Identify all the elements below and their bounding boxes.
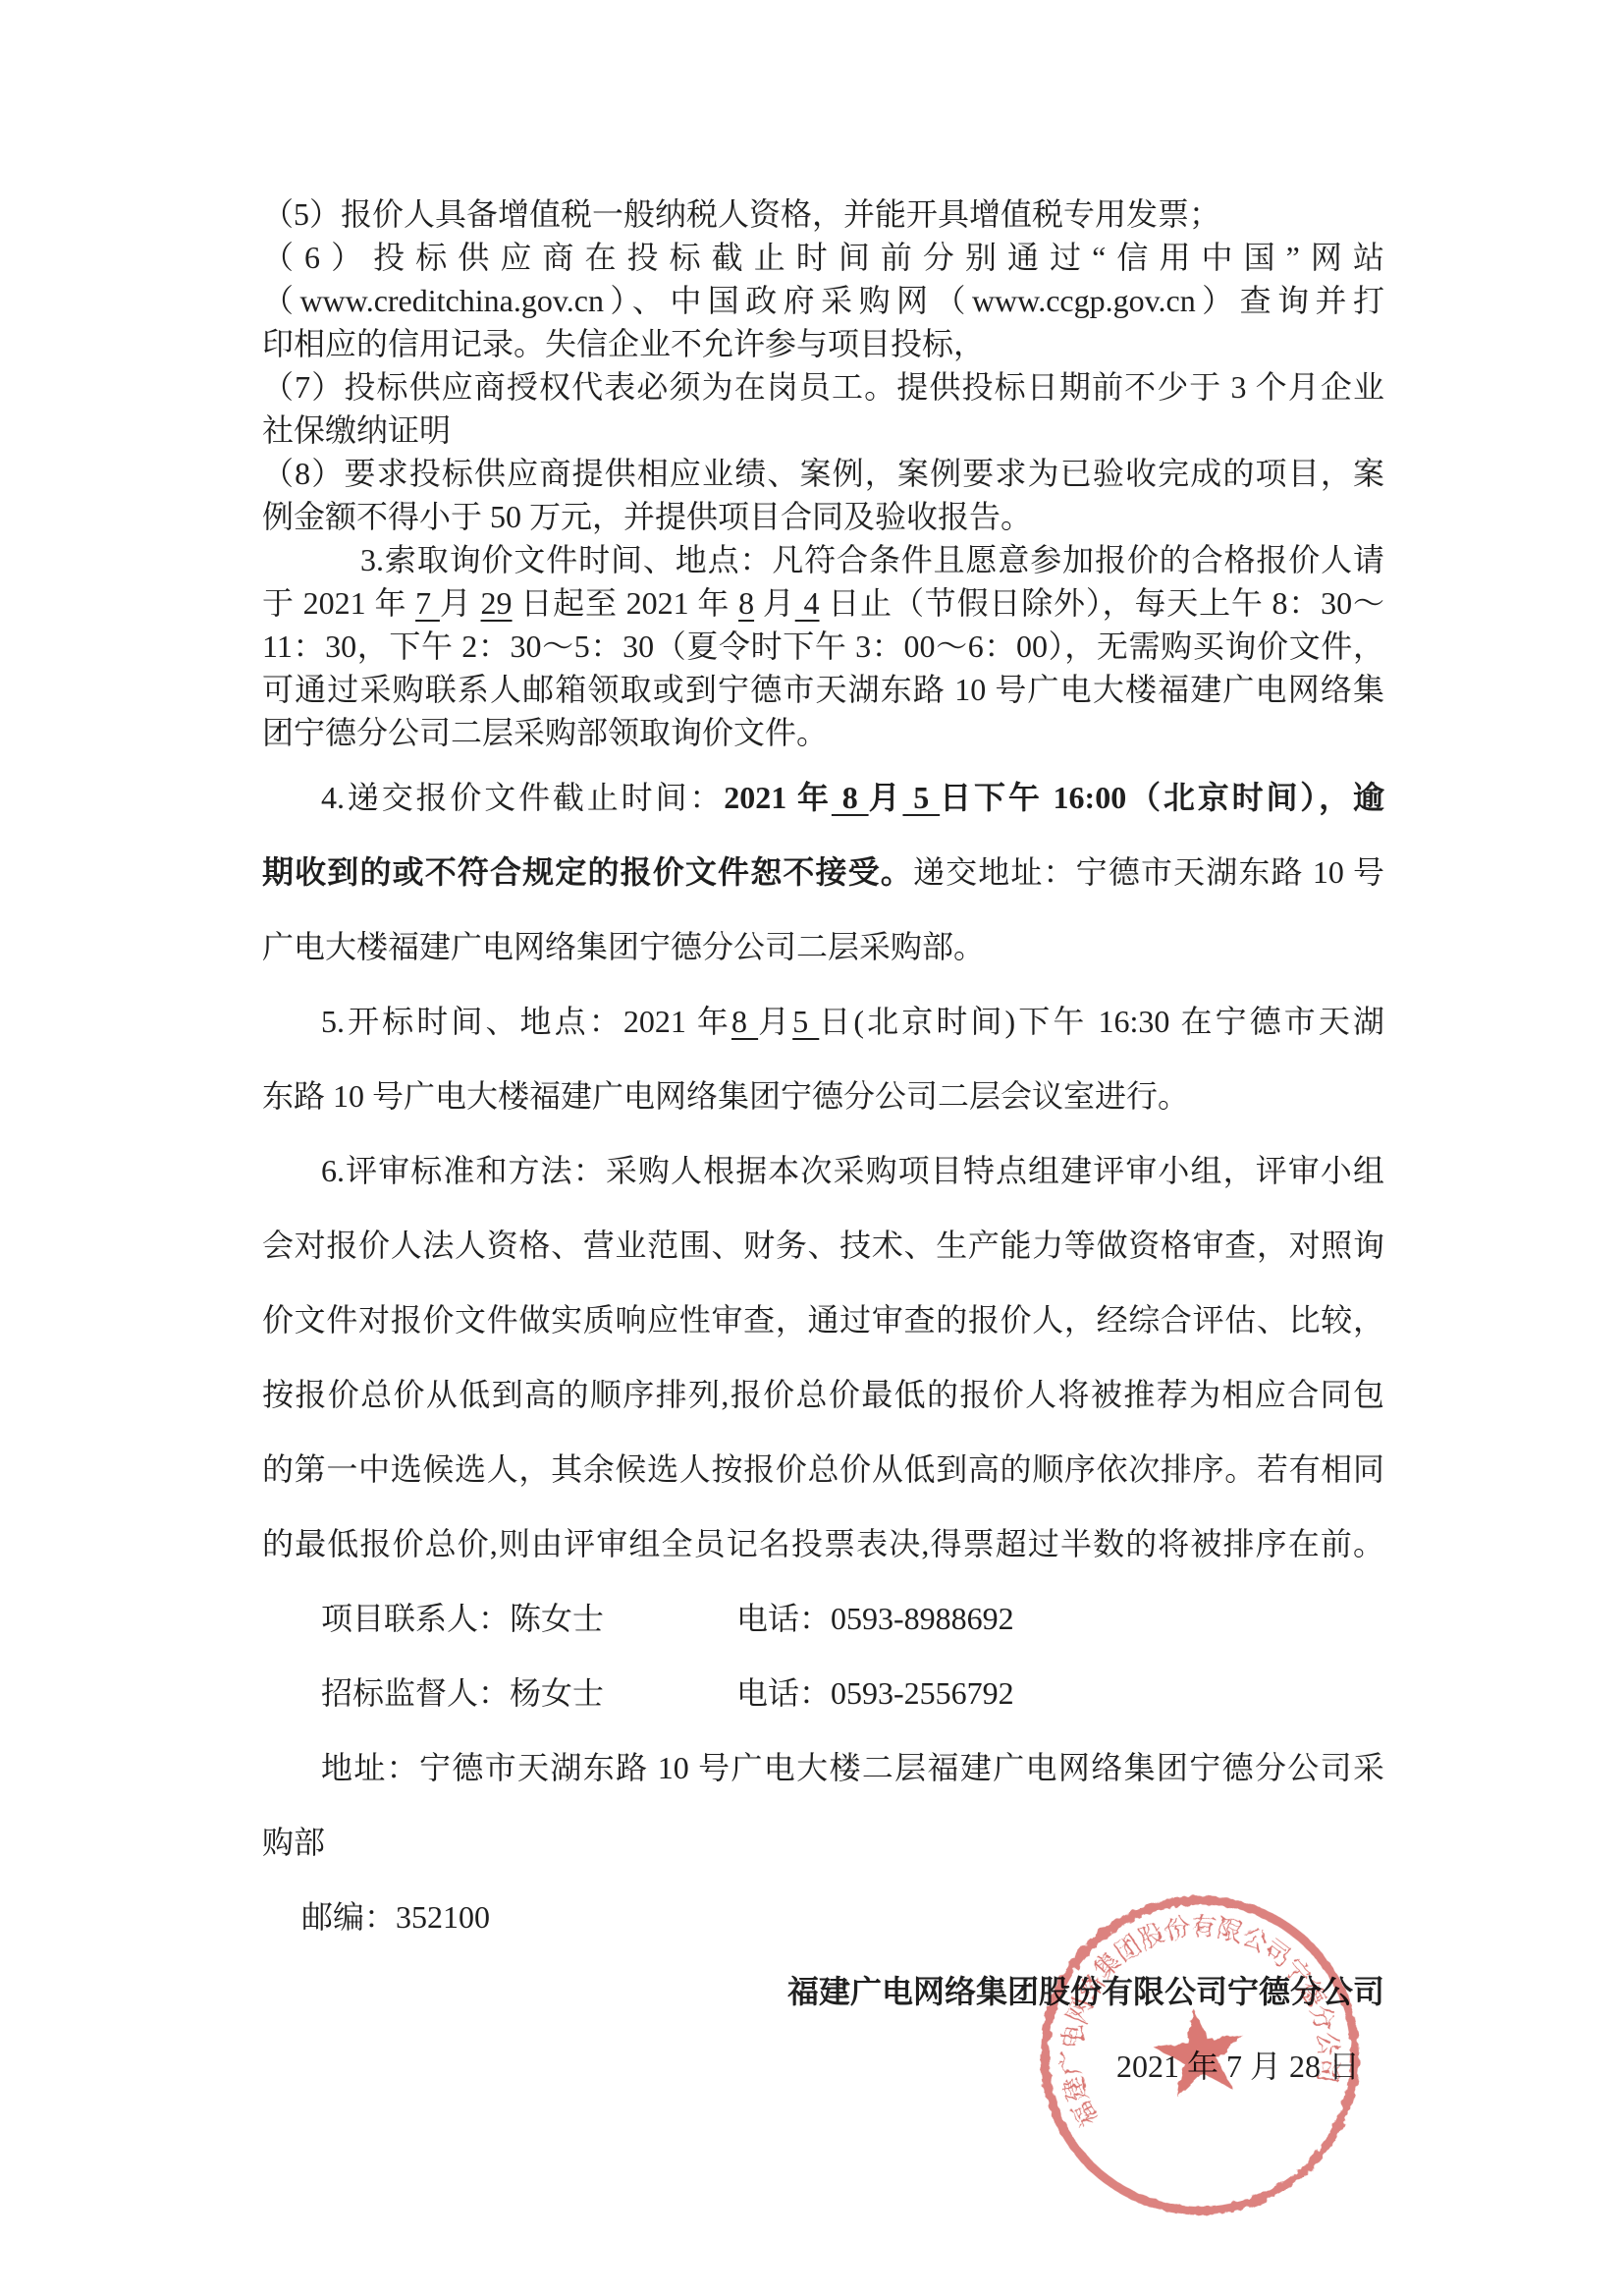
section-6-line-2: 会对报价人法人资格、营业范围、财务、技术、生产能力等做资格审查，对照询 — [262, 1208, 1384, 1283]
section-5-line-1: 5.开标时间、地点：2021 年8 月5 日(北京时间)下午 16:30 在宁德… — [262, 984, 1384, 1059]
text-segment: 电话：0593-2556792 — [736, 1675, 1014, 1711]
section-4-line-1: 4.递交报价文件截止时间：2021 年 8 月 5 日下午 16:00（北京时间… — [262, 760, 1384, 835]
text-segment: 月 — [754, 585, 795, 621]
section-6-line-5: 的第一中选候选人，其余候选人按报价总价从低到高的顺序依次排序。若有相同 — [262, 1432, 1384, 1506]
text-segment: 地址：宁德市天湖东路 10 号广电大楼二层福建广电网络集团宁德分公司采 — [321, 1750, 1384, 1785]
document-body: （5）报价人具备增值税一般纳税人资格，并能开具增值税专用发票；（6）投标供应商在… — [262, 192, 1384, 2104]
text-segment: 印相应的信用记录。失信企业不允许参与项目投标， — [262, 326, 985, 361]
text-segment: （www.creditchina.gov.cn）、中国政府采购网（www.ccg… — [262, 283, 1384, 318]
section-3-line-4: 可通过采购联系人邮箱领取或到宁德市天湖东路 10 号广电大楼福建广电网络集 — [262, 668, 1384, 711]
section-4-line-3: 广电大楼福建广电网络集团宁德分公司二层采购部。 — [262, 909, 1384, 984]
text-segment: 的最低报价总价,则由评审组全员记名投票表决,得票超过半数的将被排序在前。 — [262, 1526, 1384, 1561]
section-4-line-2: 期收到的或不符合规定的报价文件恕不接受。递交地址：宁德市天湖东路 10 号 — [262, 835, 1384, 909]
item-7-line-1: （7）投标供应商授权代表必须为在岗员工。提供投标日期前不少于 3 个月企业 — [262, 365, 1384, 409]
section-6-line-6: 的最低报价总价,则由评审组全员记名投票表决,得票超过半数的将被排序在前。 — [262, 1506, 1384, 1581]
text-segment: 价文件对报价文件做实质响应性审查，通过审查的报价人，经综合评估、比较， — [262, 1302, 1384, 1338]
text-segment: 4.递交报价文件截止时间： — [321, 780, 724, 815]
text-segment: 月 — [869, 780, 903, 815]
section-3-line-1: 3.索取询价文件时间、地点：凡符合条件且愿意参加报价的合格报价人请 — [262, 538, 1384, 581]
tender-supervisor-line: 招标监督人：杨女士电话：0593-2556792 — [262, 1656, 1384, 1730]
text-segment: 的第一中选候选人，其余候选人按报价总价从低到高的顺序依次排序。若有相同 — [262, 1451, 1384, 1487]
text-segment: 日下午 16:00（北京时间），逾 — [940, 780, 1384, 815]
text-segment: 2021 年 — [724, 780, 832, 815]
column-gap — [604, 1703, 736, 1704]
address-line-1: 地址：宁德市天湖东路 10 号广电大楼二层福建广电网络集团宁德分公司采 — [262, 1730, 1384, 1805]
text-segment: （7）投标供应商授权代表必须为在岗员工。提供投标日期前不少于 3 个月企业 — [262, 369, 1384, 405]
text-segment: 7 — [415, 585, 440, 621]
postcode-line: 邮编：352100 — [262, 1880, 1384, 1954]
text-segment: 递交地址：宁德市天湖东路 10 号 — [913, 854, 1384, 890]
text-segment: 招标监督人：杨女士 — [321, 1675, 604, 1711]
text-segment: （6）投标供应商在投标截止时间前分别通过“信用中国”网站 — [262, 240, 1384, 275]
text-segment: 邮编：352100 — [301, 1899, 490, 1935]
item-6-line-1: （6）投标供应商在投标截止时间前分别通过“信用中国”网站 — [262, 236, 1384, 279]
text-segment: 社保缴纳证明 — [262, 412, 451, 448]
text-segment: 29 — [481, 585, 513, 621]
text-segment: 8 — [738, 585, 754, 621]
item-6-line-2: （www.creditchina.gov.cn）、中国政府采购网（www.ccg… — [262, 279, 1384, 322]
section-6-line-3: 价文件对报价文件做实质响应性审查，通过审查的报价人，经综合评估、比较， — [262, 1283, 1384, 1357]
section-3-line-5: 团宁德分公司二层采购部领取询价文件。 — [262, 711, 1384, 754]
text-segment: 购部 — [262, 1825, 325, 1860]
text-segment: （5）报价人具备增值税一般纳税人资格，并能开具增值税专用发票； — [262, 196, 1220, 232]
text-segment: 广电大楼福建广电网络集团宁德分公司二层采购部。 — [262, 929, 985, 964]
document-page: （5）报价人具备增值税一般纳税人资格，并能开具增值税专用发票；（6）投标供应商在… — [0, 0, 1623, 2296]
text-segment: 月 — [440, 585, 481, 621]
text-segment: 可通过采购联系人邮箱领取或到宁德市天湖东路 10 号广电大楼福建广电网络集 — [262, 672, 1384, 707]
text-segment: 会对报价人法人资格、营业范围、财务、技术、生产能力等做资格审查，对照询 — [262, 1228, 1384, 1263]
text-segment: 福建广电网络集团股份有限公司宁德分公司 — [787, 1974, 1384, 2009]
issue-date: 2021 年 7 月 28 日 — [262, 2029, 1384, 2104]
text-segment: 按报价总价从低到高的顺序排列,报价总价最低的报价人将被推荐为相应合同包 — [262, 1377, 1384, 1412]
text-segment: 5 — [792, 1004, 819, 1039]
text-segment: 4 — [795, 585, 820, 621]
text-segment: 3.索取询价文件时间、地点：凡符合条件且愿意参加报价的合格报价人请 — [360, 542, 1384, 577]
item-8-line-2: 例金额不得小于 50 万元，并提供项目合同及验收报告。 — [262, 495, 1384, 538]
text-segment: （8）要求投标供应商提供相应业绩、案例，案例要求为已验收完成的项目，案 — [262, 456, 1384, 491]
text-segment: 8 — [731, 1004, 758, 1039]
text-segment: 日止（节假日除外），每天上午 8：30～ — [820, 585, 1384, 621]
text-segment: 2021 年 7 月 28 日 — [1116, 2049, 1360, 2084]
section-5-line-2: 东路 10 号广电大楼福建广电网络集团宁德分公司二层会议室进行。 — [262, 1059, 1384, 1133]
column-gap — [604, 1628, 736, 1629]
text-segment: 团宁德分公司二层采购部领取询价文件。 — [262, 715, 828, 750]
address-line-2: 购部 — [262, 1805, 1384, 1880]
item-8-line-1: （8）要求投标供应商提供相应业绩、案例，案例要求为已验收完成的项目，案 — [262, 452, 1384, 495]
text-segment: 期收到的或不符合规定的报价文件恕不接受。 — [262, 854, 913, 890]
section-3-line-2: 于 2021 年 7 月 29 日起至 2021 年 8 月 4 日止（节假日除… — [262, 581, 1384, 625]
text-segment: 11：30，下午 2：30～5：30（夏令时下午 3：00～6：00），无需购买… — [262, 629, 1384, 664]
text-segment: 日(北京时间)下午 16:30 在宁德市天湖 — [819, 1004, 1384, 1039]
item-5-line: （5）报价人具备增值税一般纳税人资格，并能开具增值税专用发票； — [262, 192, 1384, 236]
text-segment: 东路 10 号广电大楼福建广电网络集团宁德分公司二层会议室进行。 — [262, 1078, 1189, 1114]
text-segment: 电话：0593-8988692 — [736, 1601, 1014, 1636]
section-6-line-4: 按报价总价从低到高的顺序排列,报价总价最低的报价人将被推荐为相应合同包 — [262, 1357, 1384, 1432]
text-segment: 项目联系人：陈女士 — [321, 1601, 604, 1636]
section-3-line-3: 11：30，下午 2：30～5：30（夏令时下午 3：00～6：00），无需购买… — [262, 625, 1384, 668]
text-segment: 6.评审标准和方法：采购人根据本次采购项目特点组建评审小组，评审小组 — [321, 1153, 1384, 1188]
text-segment: 于 2021 年 — [262, 585, 415, 621]
text-segment: 月 — [758, 1004, 792, 1039]
section-6-line-1: 6.评审标准和方法：采购人根据本次采购项目特点组建评审小组，评审小组 — [262, 1133, 1384, 1208]
item-6-line-3: 印相应的信用记录。失信企业不允许参与项目投标， — [262, 322, 1384, 365]
item-7-line-2: 社保缴纳证明 — [262, 409, 1384, 452]
text-segment: 8 — [832, 780, 869, 815]
text-segment: 5.开标时间、地点：2021 年 — [321, 1004, 731, 1039]
issuer-company-name: 福建广电网络集团股份有限公司宁德分公司 — [262, 1954, 1384, 2029]
project-contact-line: 项目联系人：陈女士电话：0593-8988692 — [262, 1581, 1384, 1656]
text-segment: 日起至 2021 年 — [513, 585, 739, 621]
text-segment: 例金额不得小于 50 万元，并提供项目合同及验收报告。 — [262, 499, 1032, 534]
text-segment: 5 — [902, 780, 940, 815]
